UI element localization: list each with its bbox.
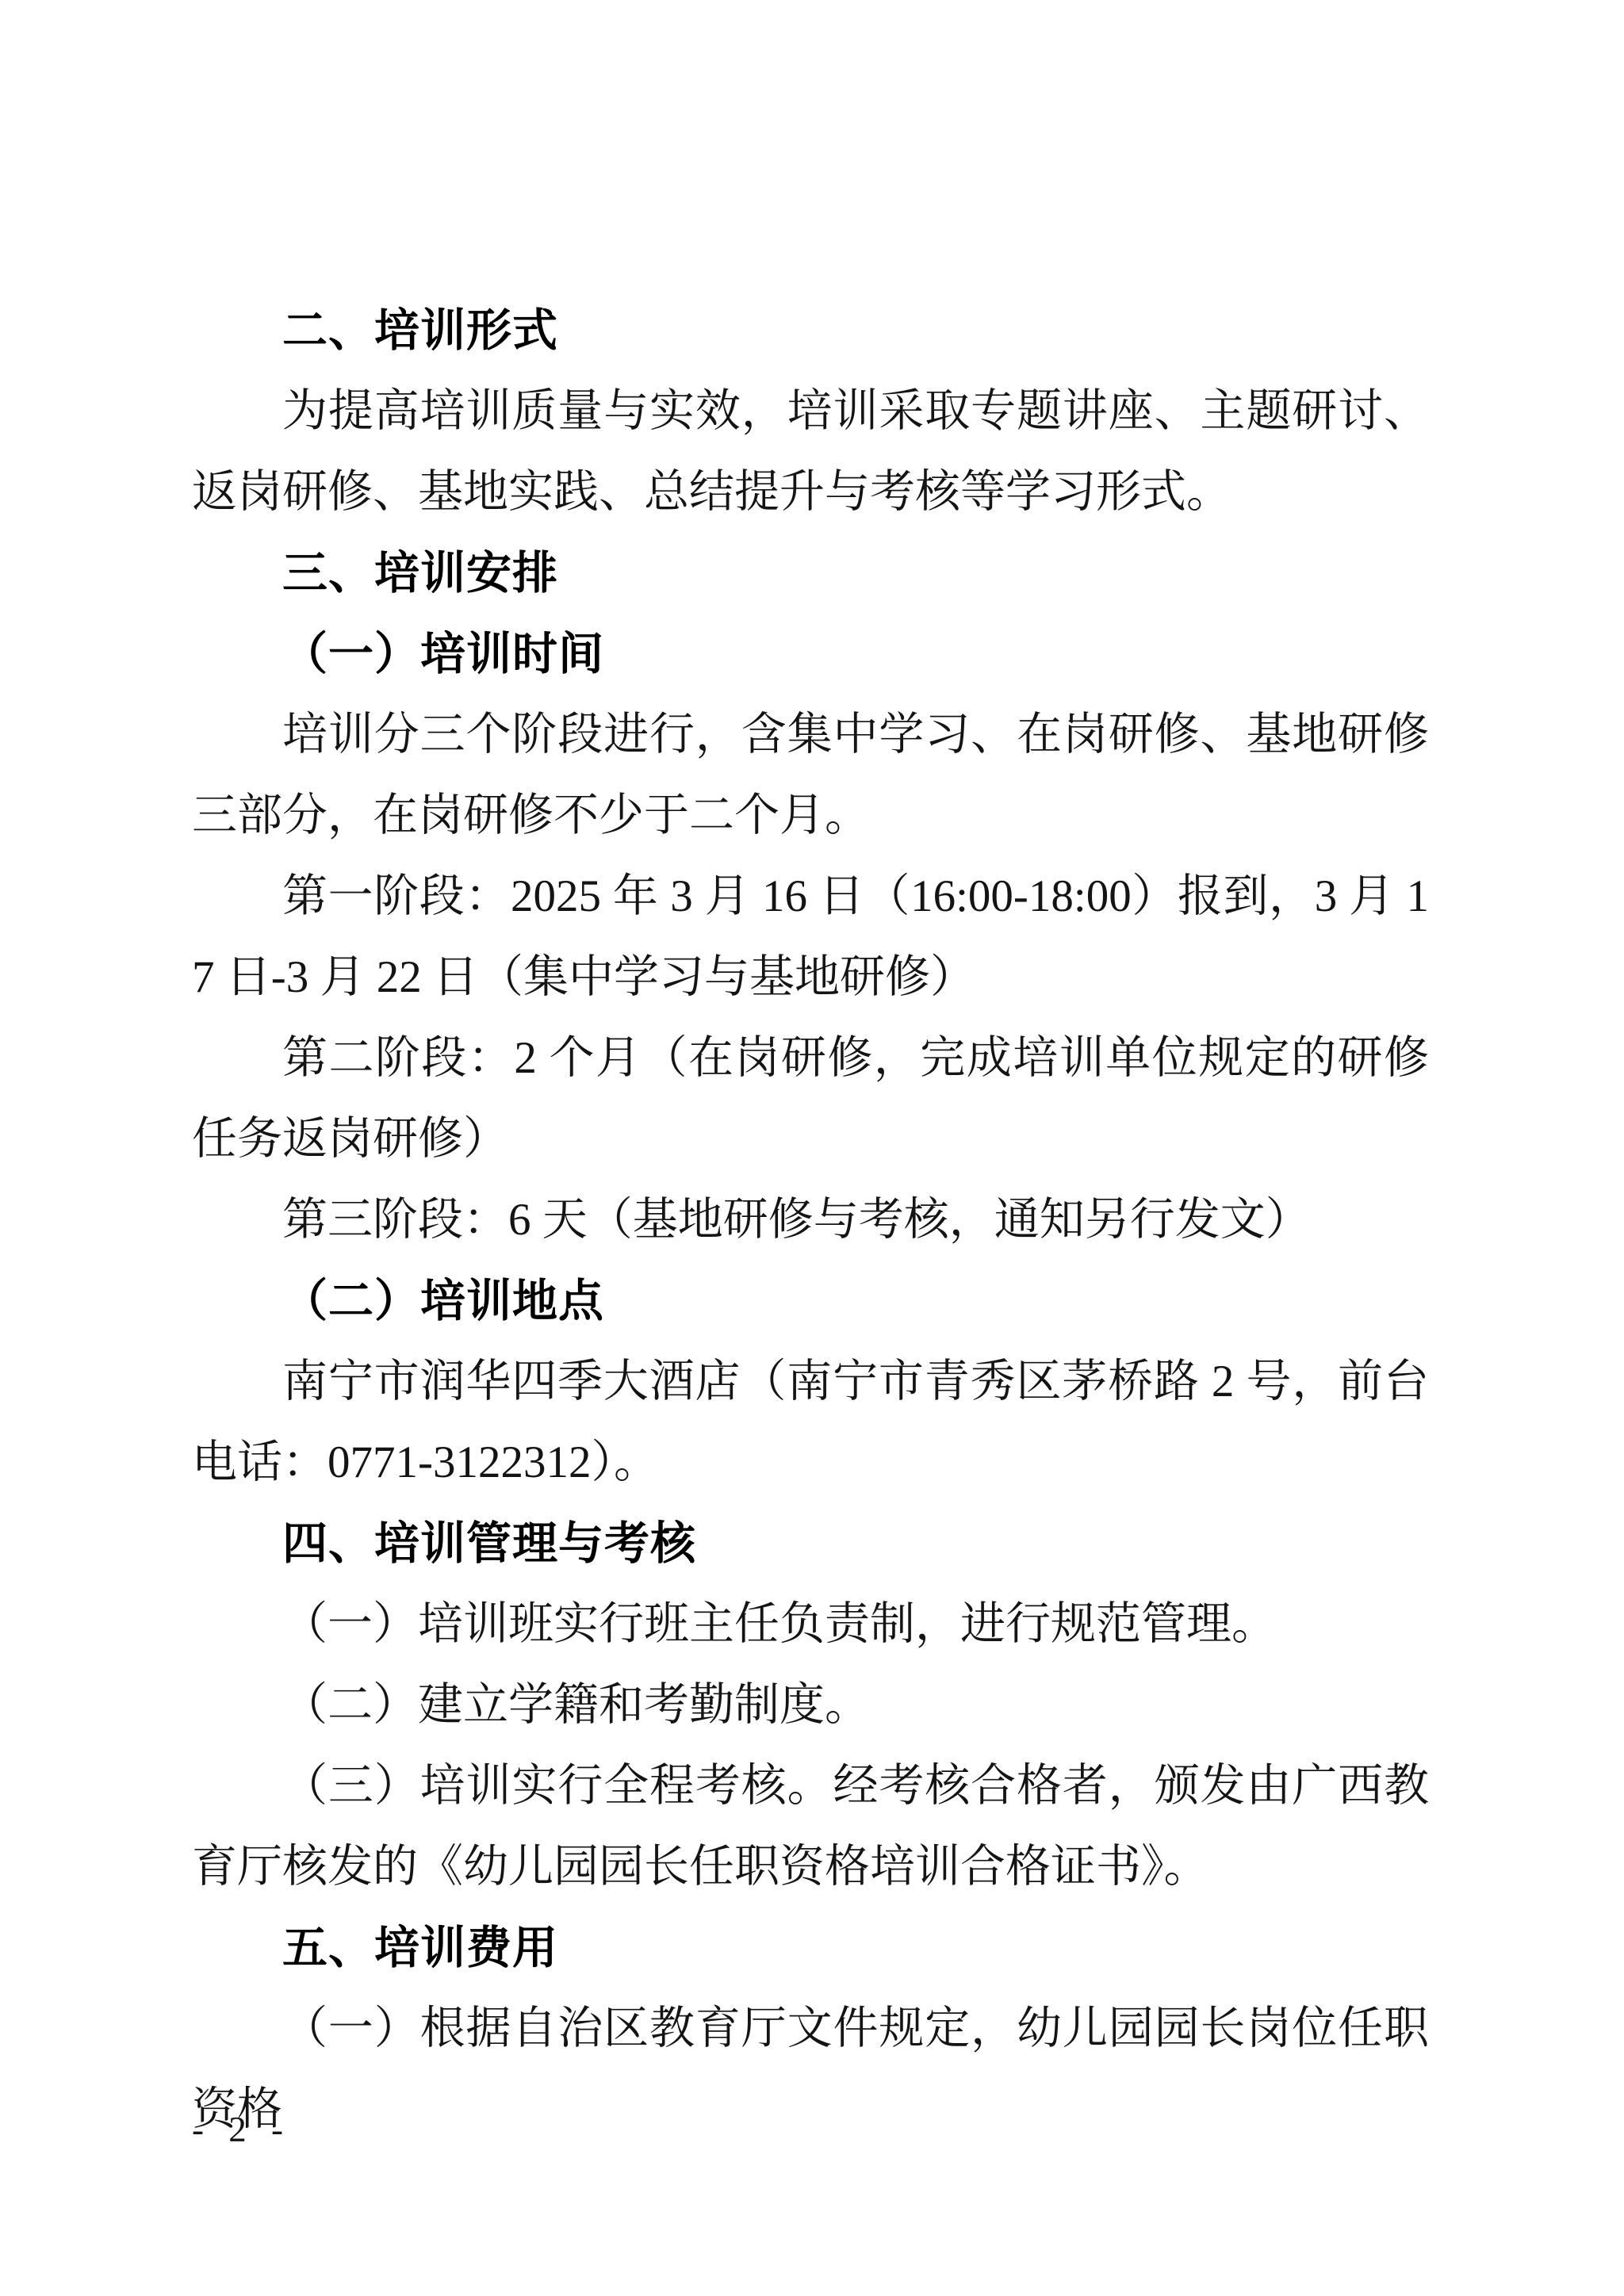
para-phase-2: 第二阶段：2 个月（在岗研修，完成培训单位规定的研修任务返岗研修）: [192, 1018, 1429, 1180]
para-training-location: 南宁市润华四季大酒店（南宁市青秀区茅桥路 2 号，前台电话：0771-31223…: [192, 1341, 1429, 1503]
heading-training-format: 二、培训形式: [192, 290, 1429, 371]
para-management-item-3: （三）培训实行全程考核。经考核合格者，颁发由广西教育厅核发的《幼儿园园长任职资格…: [192, 1746, 1429, 1908]
para-training-format: 为提高培训质量与实效，培训采取专题讲座、主题研讨、返岗研修、基地实践、总结提升与…: [192, 371, 1429, 533]
document-content: 二、培训形式 为提高培训质量与实效，培训采取专题讲座、主题研讨、返岗研修、基地实…: [192, 290, 1429, 2150]
page-number: - 2 -: [192, 2106, 291, 2153]
para-phase-3: 第三阶段：6 天（基地研修与考核，通知另行发文）: [192, 1180, 1429, 1261]
heading-training-location: （二）培训地点: [192, 1261, 1429, 1341]
heading-training-schedule: 三、培训安排: [192, 533, 1429, 614]
para-fees-item-1: （一）根据自治区教育厅文件规定，幼儿园园长岗位任职资格: [192, 1988, 1429, 2150]
para-management-item-2: （二）建立学籍和考勤制度。: [192, 1665, 1429, 1746]
heading-training-time: （一）培训时间: [192, 614, 1429, 695]
para-phase-1: 第一阶段：2025 年 3 月 16 日（16:00-18:00）报到，3 月 …: [192, 856, 1429, 1018]
para-training-phases-overview: 培训分三个阶段进行，含集中学习、在岗研修、基地研修三部分，在岗研修不少于二个月。: [192, 695, 1429, 856]
para-management-item-1: （一）培训班实行班主任负责制，进行规范管理。: [192, 1584, 1429, 1665]
heading-training-fees: 五、培训费用: [192, 1908, 1429, 1988]
document-page: 二、培训形式 为提高培训质量与实效，培训采取专题讲座、主题研讨、返岗研修、基地实…: [0, 0, 1624, 2296]
heading-management-assessment: 四、培训管理与考核: [192, 1503, 1429, 1584]
